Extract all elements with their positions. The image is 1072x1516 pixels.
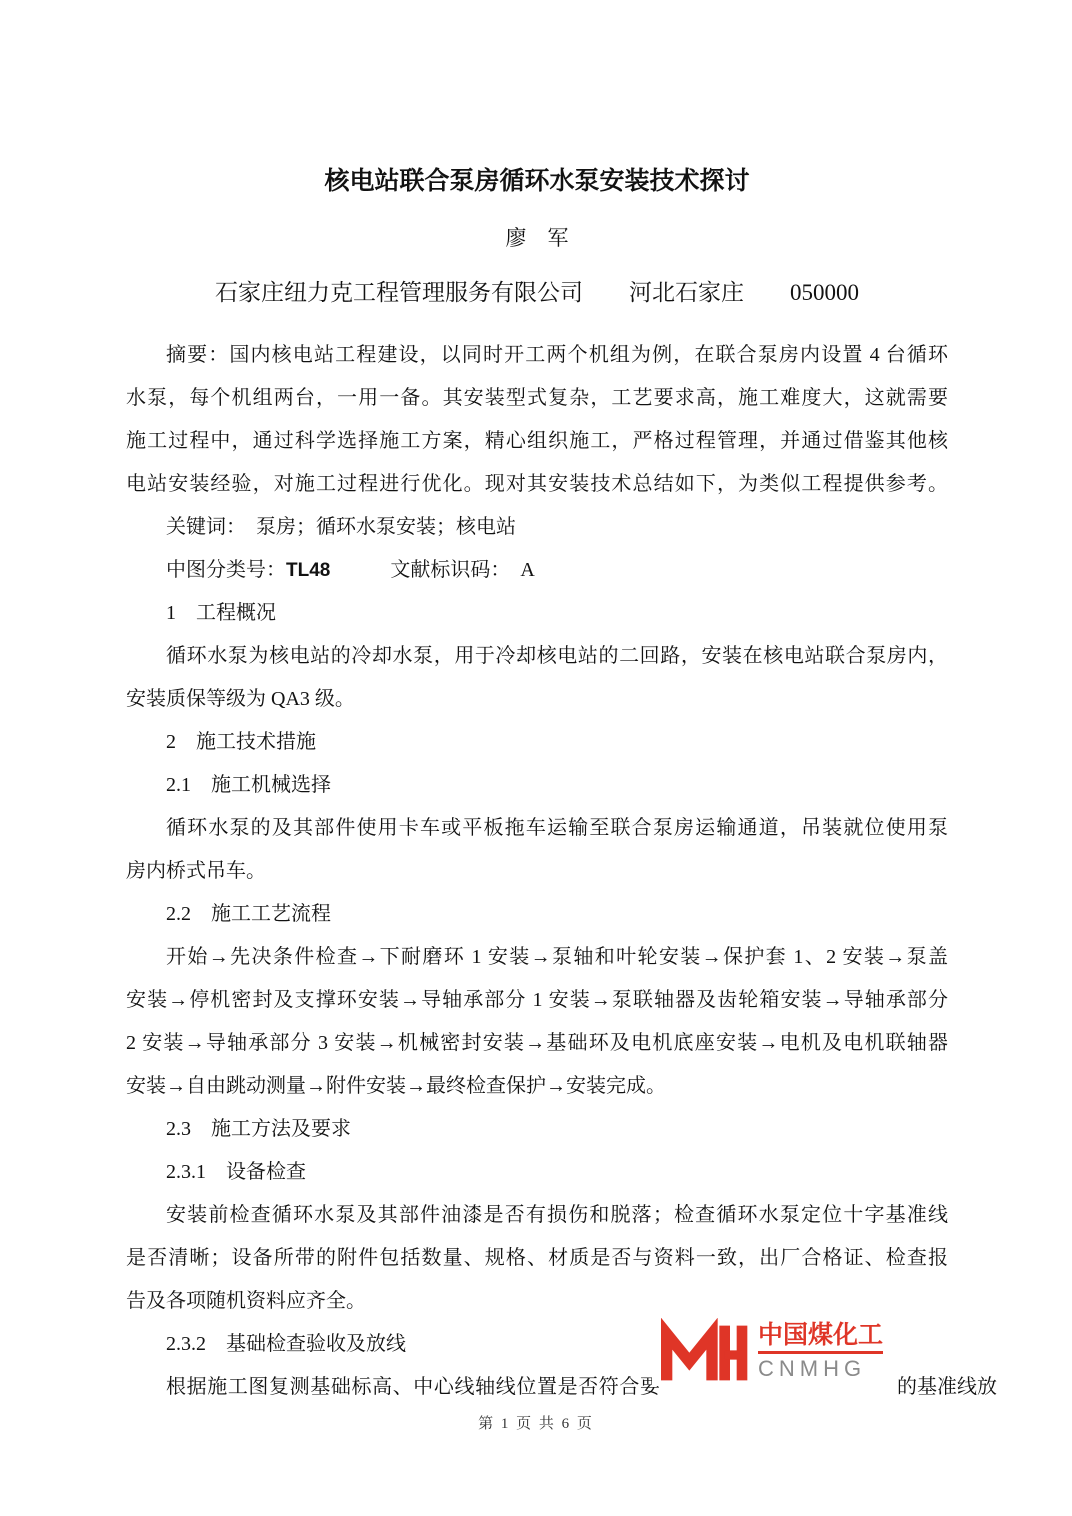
paragraph-2-3-1-line: 是否清晰；设备所带的附件包括数量、规格、材质是否与资料一致，出厂合格证、检查报 bbox=[126, 1237, 948, 1280]
heading-2-line: 2 施工技术措施 bbox=[126, 721, 948, 764]
paragraph-1-line: 循环水泵为核电站的冷却水泵，用于冷却核电站的二回路，安装在核电站联合泵房内， bbox=[126, 635, 948, 678]
heading-2-2-line: 2.2 施工工艺流程 bbox=[126, 893, 948, 936]
classification-line-label: 中图分类号： bbox=[166, 559, 286, 581]
abstract-paragraph-line: 水泵，每个机组两台，一用一备。其安装型式复杂，工艺要求高，施工难度大，这就需要 bbox=[126, 377, 948, 420]
heading-1: 1 工程概况 bbox=[126, 592, 948, 635]
heading-2-1-line: 2.1 施工机械选择 bbox=[126, 764, 948, 807]
abstract-paragraph-line: 摘要：国内核电站工程建设，以同时开工两个机组为例，在联合泵房内设置 4 台循环 bbox=[126, 334, 948, 377]
watermark-brand-cn: 中国煤化工 bbox=[758, 1321, 883, 1354]
heading-2-1: 2.1 施工机械选择 bbox=[126, 764, 948, 807]
heading-2-3-1-line: 2.3.1 设备检查 bbox=[126, 1151, 948, 1194]
paragraph-2-1: 循环水泵的及其部件使用卡车或平板拖车运输至联合泵房运输通道，吊装就位使用泵房内桥… bbox=[126, 807, 948, 893]
paragraph-2-2-line: 安装→停机密封及支撑环安装→导轴承部分 1 安装→泵联轴器及齿轮箱安装→导轴承部… bbox=[126, 979, 948, 1022]
heading-2-3: 2.3 施工方法及要求 bbox=[126, 1108, 948, 1151]
keywords-line: 关键词： 泵房；循环水泵安装；核电站 bbox=[126, 506, 948, 549]
paragraph-2-2-line: 安装→自由跳动测量→附件安装→最终检查保护→安装完成。 bbox=[126, 1065, 948, 1108]
watermark-logo: 中国煤化工 CNMHG bbox=[652, 1316, 887, 1386]
classification-line: 中图分类号：TL48 文献标识码： A bbox=[126, 549, 948, 592]
watermark-brand-en: CNMHG bbox=[758, 1356, 883, 1382]
heading-2-3-line: 2.3 施工方法及要求 bbox=[126, 1108, 948, 1151]
paragraph-2-3-2-after: 的基准线放 bbox=[897, 1366, 997, 1409]
heading-2-3-1: 2.3.1 设备检查 bbox=[126, 1151, 948, 1194]
keywords-line-line: 关键词： 泵房；循环水泵安装；核电站 bbox=[126, 506, 948, 549]
classification-line: 中图分类号：TL48 文献标识码： A bbox=[126, 549, 948, 592]
mh-monogram-icon bbox=[660, 1318, 748, 1384]
paragraph-1: 循环水泵为核电站的冷却水泵，用于冷却核电站的二回路，安装在核电站联合泵房内，安装… bbox=[126, 635, 948, 721]
classification-line-code: TL48 bbox=[286, 560, 330, 581]
paragraph-2-3-1-line: 安装前检查循环水泵及其部件油漆是否有损伤和脱落；检查循环水泵定位十字基准线 bbox=[126, 1194, 948, 1237]
paragraph-2-2: 开始→先决条件检查→下耐磨环 1 安装→泵轴和叶轮安装→保护套 1、2 安装→泵… bbox=[126, 936, 948, 1108]
page-content: 核电站联合泵房循环水泵安装技术探讨 廖 军 石家庄纽力克工程管理服务有限公司 河… bbox=[126, 0, 948, 1409]
paragraph-2-3-2-before: 根据施工图复测基础标高、中心线轴线位置是否符合要 bbox=[126, 1366, 660, 1409]
abstract-paragraph-line: 电站安装经验，对施工过程进行优化。现对其安装技术总结如下，为类似工程提供参考。 bbox=[126, 463, 948, 506]
paragraph-2-1-line: 房内桥式吊车。 bbox=[126, 850, 948, 893]
watermark-logo-text: 中国煤化工 CNMHG bbox=[758, 1321, 883, 1382]
heading-1-line: 1 工程概况 bbox=[126, 592, 948, 635]
abstract-paragraph: 摘要：国内核电站工程建设，以同时开工两个机组为例，在联合泵房内设置 4 台循环水… bbox=[126, 334, 948, 506]
paragraph-2-3-1: 安装前检查循环水泵及其部件油漆是否有损伤和脱落；检查循环水泵定位十字基准线是否清… bbox=[126, 1194, 948, 1323]
heading-2-2: 2.2 施工工艺流程 bbox=[126, 893, 948, 936]
article-body: 摘要：国内核电站工程建设，以同时开工两个机组为例，在联合泵房内设置 4 台循环水… bbox=[126, 334, 948, 1409]
author-name: 廖 军 bbox=[126, 222, 948, 254]
paragraph-2-2-line: 开始→先决条件检查→下耐磨环 1 安装→泵轴和叶轮安装→保护套 1、2 安装→泵… bbox=[126, 936, 948, 979]
document-page: 核电站联合泵房循环水泵安装技术探讨 廖 军 石家庄纽力克工程管理服务有限公司 河… bbox=[0, 0, 1072, 1516]
page-number-footer: 第 1 页 共 6 页 bbox=[0, 1406, 1072, 1442]
classification-line-label: 文献标识码： A bbox=[330, 559, 534, 581]
paragraph-2-1-line: 循环水泵的及其部件使用卡车或平板拖车运输至联合泵房运输通道，吊装就位使用泵 bbox=[126, 807, 948, 850]
abstract-paragraph-line: 施工过程中，通过科学选择施工方案，精心组织施工，严格过程管理，并通过借鉴其他核 bbox=[126, 420, 948, 463]
author-affiliation: 石家庄纽力克工程管理服务有限公司 河北石家庄 050000 bbox=[126, 276, 948, 310]
paragraph-2-2-line: 2 安装→导轴承部分 3 安装→机械密封安装→基础环及电机底座安装→电机及电机联… bbox=[126, 1022, 948, 1065]
heading-2: 2 施工技术措施 bbox=[126, 721, 948, 764]
paragraph-1-line: 安装质保等级为 QA3 级。 bbox=[126, 678, 948, 721]
paper-title: 核电站联合泵房循环水泵安装技术探讨 bbox=[126, 0, 948, 198]
